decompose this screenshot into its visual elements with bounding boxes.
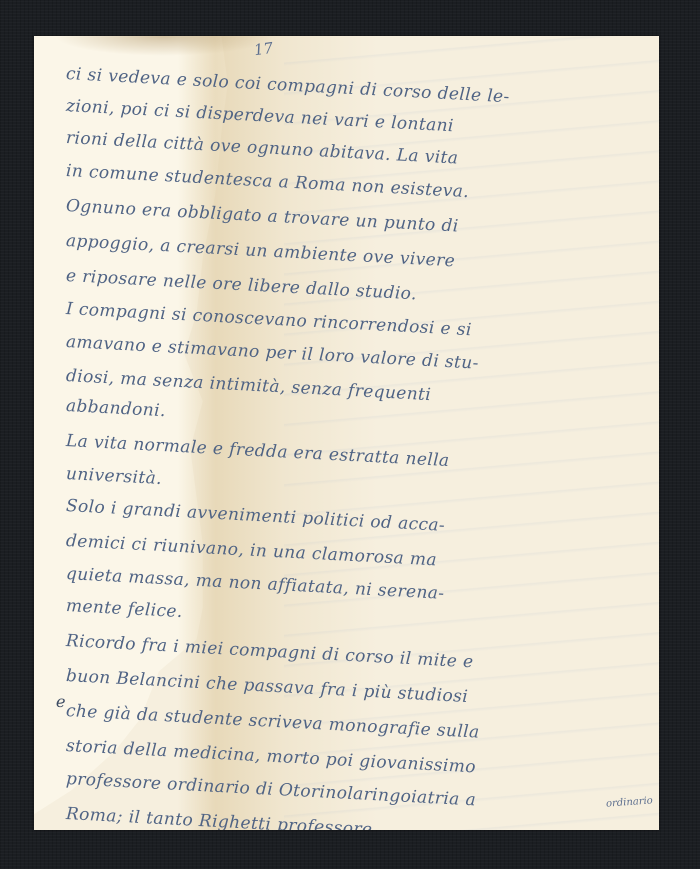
manuscript-page: 17 ci si vedeva e solo coi compagni di c…	[34, 36, 659, 830]
inserted-word: ordinario	[606, 795, 653, 809]
margin-note: e	[56, 692, 66, 711]
page-number: 17	[253, 39, 274, 59]
